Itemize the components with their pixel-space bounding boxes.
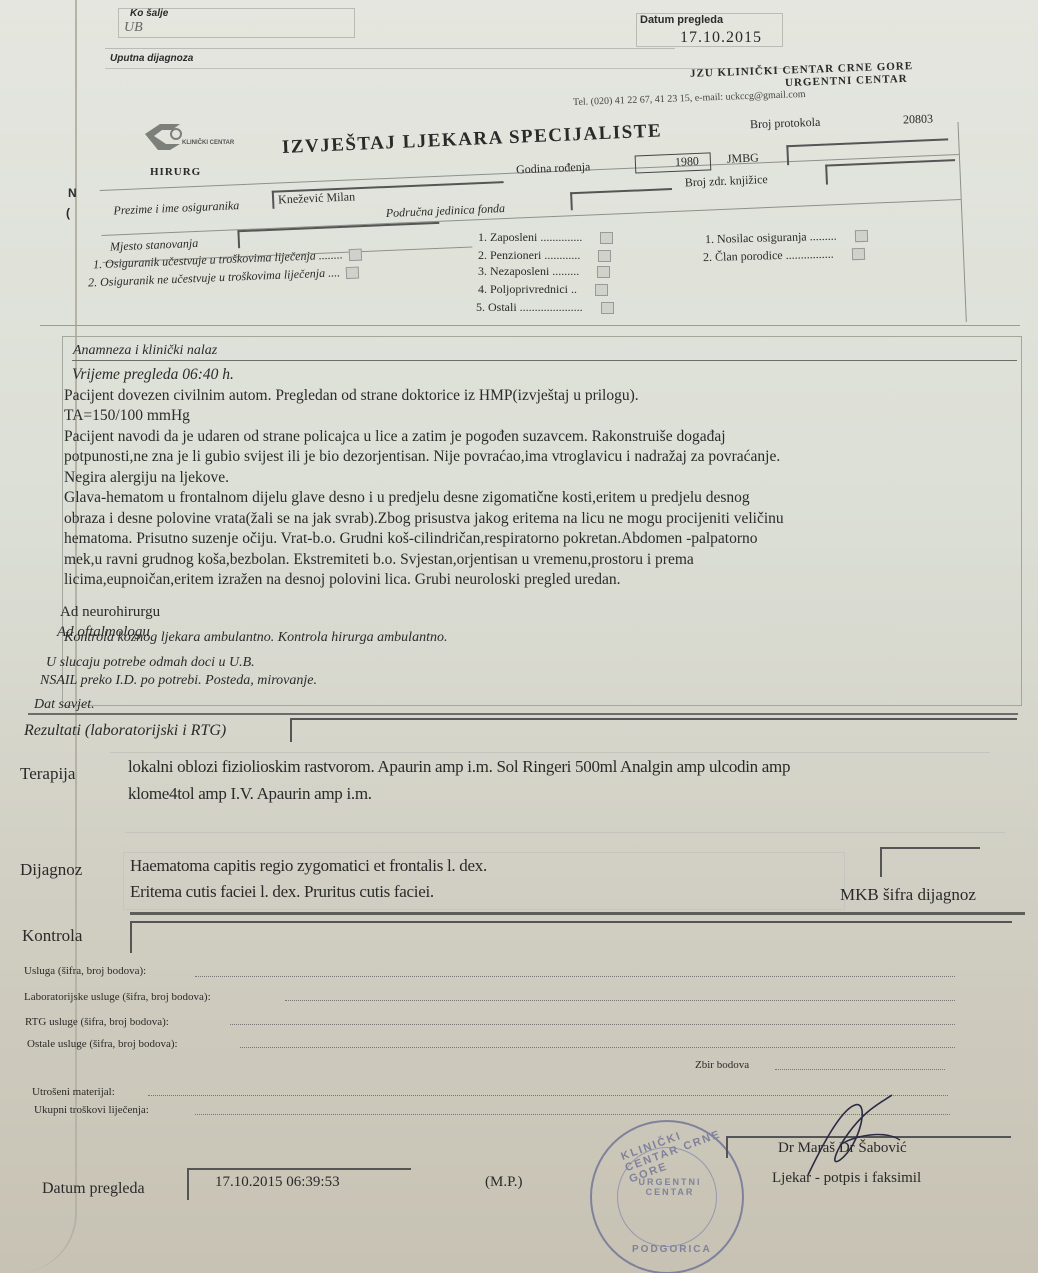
service-label: Laboratorijske usluge (šifra, broj bodov… [24, 991, 211, 1003]
stamp-inner-text: URGENTNI CENTAR [630, 1177, 710, 1197]
signature-line [726, 1136, 728, 1158]
emergency-instructions: U slucaju potrebe odmah doci u U.B. [46, 655, 255, 671]
control-label: Kontrola [22, 926, 82, 946]
divider [40, 325, 1020, 326]
form-border [957, 122, 966, 322]
category-option[interactable]: 5. Ostali ..................... [476, 300, 614, 315]
checkbox[interactable] [854, 230, 867, 242]
therapy-line: lokalni oblozi fiziolioskim rastvorom. A… [128, 757, 790, 777]
anamnesis-line: obraza i desne polovine vrata(žali se na… [64, 509, 784, 530]
birth-year-value: 1980 [675, 154, 700, 170]
divider [110, 752, 990, 753]
divider [72, 360, 1017, 361]
checkbox[interactable] [595, 284, 608, 296]
service-label: RTG usluge (šifra, broj bodova): [25, 1016, 169, 1028]
anamnesis-line: potpunosti,ne zna je li gubio svijest il… [64, 447, 784, 468]
health-card-label: Broj zdr. knjižice [684, 172, 768, 190]
footer-exam-date-value: 17.10.2015 06:39:53 [215, 1174, 340, 1191]
birth-year-label: Godina rođenja [516, 159, 591, 177]
anamnesis-line: Negira alergiju na ljekove. [64, 468, 784, 489]
service-label: Ostale usluge (šifra, broj bodova): [27, 1038, 178, 1050]
mkb-code-label: MKB šifra dijagnoz [840, 885, 976, 905]
medication-instructions: NSAIL preko I.D. po potrebi. Posteda, mi… [40, 673, 317, 689]
residence-field[interactable] [237, 222, 440, 248]
points-sum-field[interactable] [775, 1069, 945, 1070]
category-option[interactable]: 1. Zaposleni .............. [478, 230, 613, 245]
service-label: Usluga (šifra, broj bodova): [24, 965, 146, 977]
anamnesis-line: hematoma. Prisutno suzenje očiju. Vrat-b… [64, 529, 784, 550]
control-field[interactable] [130, 921, 1012, 953]
results-field[interactable] [290, 718, 1017, 742]
stamp-bottom-text: PODGORICA [632, 1244, 712, 1255]
birth-year-field[interactable] [635, 152, 712, 173]
seal-placeholder: (M.P.) [485, 1174, 523, 1191]
service-field[interactable] [195, 976, 955, 977]
therapy-label: Terapija [20, 764, 75, 784]
jmbg-label: JMBG [727, 150, 760, 166]
insured-name-label: Prezime i ime osiguranika [113, 198, 239, 218]
health-card-field[interactable] [825, 159, 956, 184]
anamnesis-line: TA=150/100 mmHg [64, 406, 784, 427]
category-option[interactable]: 2. Penzioneri ............ [478, 248, 611, 263]
materials-label: Utrošeni materijal: [32, 1086, 115, 1098]
anamnesis-label: Anamneza i klinički nalaz [73, 343, 217, 359]
signature-scribble-icon [800, 1090, 910, 1180]
diagnosis-line: Haematoma capitis regio zygomatici et fr… [130, 856, 487, 876]
divider [28, 713, 1018, 715]
anamnesis-line: Pacijent navodi da je udaren od strane p… [64, 427, 784, 448]
checkbox[interactable] [598, 250, 611, 262]
therapy-line: klome4tol amp I.V. Apaurin amp i.m. [128, 784, 372, 804]
category-option[interactable]: 3. Nezaposleni ......... [478, 264, 610, 279]
service-field[interactable] [240, 1047, 955, 1048]
checkbox[interactable] [349, 249, 362, 262]
anamnesis-line: mek,u ravni grudnog koša,bezbolan. Ekstr… [64, 550, 784, 571]
diagnosis-line: Eritema cutis faciei l. dex. Pruritus cu… [130, 882, 434, 902]
advice-given: Dat savjet. [34, 697, 95, 713]
anamnesis-line: licima,eupnoičan,eritem izražen na desno… [64, 570, 784, 591]
residence-label: Mjesto stanovanja [110, 236, 199, 255]
total-costs-label: Ukupni troškovi liječenja: [34, 1104, 149, 1116]
checkbox[interactable] [851, 248, 864, 260]
referral-neurosurgery: Ad neurohirurgu [60, 604, 160, 621]
official-stamp: KLINIČKI CENTAR CRNE GORE URGENTNI CENTA… [590, 1120, 744, 1273]
results-label: Rezultati (laboratorijski i RTG) [24, 722, 226, 740]
fund-unit-field[interactable] [570, 188, 673, 210]
checkbox[interactable] [601, 302, 614, 314]
mkb-code-field[interactable] [880, 847, 980, 877]
anamnesis-text: Vrijeme pregleda 06:40 h. Pacijent dovez… [64, 365, 784, 591]
divider [130, 912, 1025, 915]
insured-name-value: Knežević Milan [278, 189, 356, 207]
checkbox[interactable] [597, 266, 610, 278]
medical-report-page: Ko šalje UB Datum pregleda 17.10.2015 Up… [0, 0, 1038, 1273]
category-option[interactable]: 4. Poljoprivrednici .. [478, 282, 608, 297]
control-instructions: Kontrola koznog ljekara ambulantno. Kont… [64, 630, 447, 646]
divider [125, 832, 1005, 833]
checkbox[interactable] [600, 232, 613, 244]
points-sum-label: Zbir bodova [695, 1059, 749, 1071]
anamnesis-line: Glava-hematom u frontalnom dijelu glave … [64, 488, 784, 509]
anamnesis-line: Pacijent dovezen civilnim autom. Pregled… [64, 386, 784, 407]
service-field[interactable] [285, 1000, 955, 1001]
anamnesis-line: Vrijeme pregleda 06:40 h. [64, 365, 784, 386]
checkbox[interactable] [346, 267, 359, 280]
diagnosis-label: Dijagnoz [20, 860, 82, 880]
footer-exam-date-label: Datum pregleda [42, 1180, 145, 1198]
service-field[interactable] [230, 1024, 955, 1025]
